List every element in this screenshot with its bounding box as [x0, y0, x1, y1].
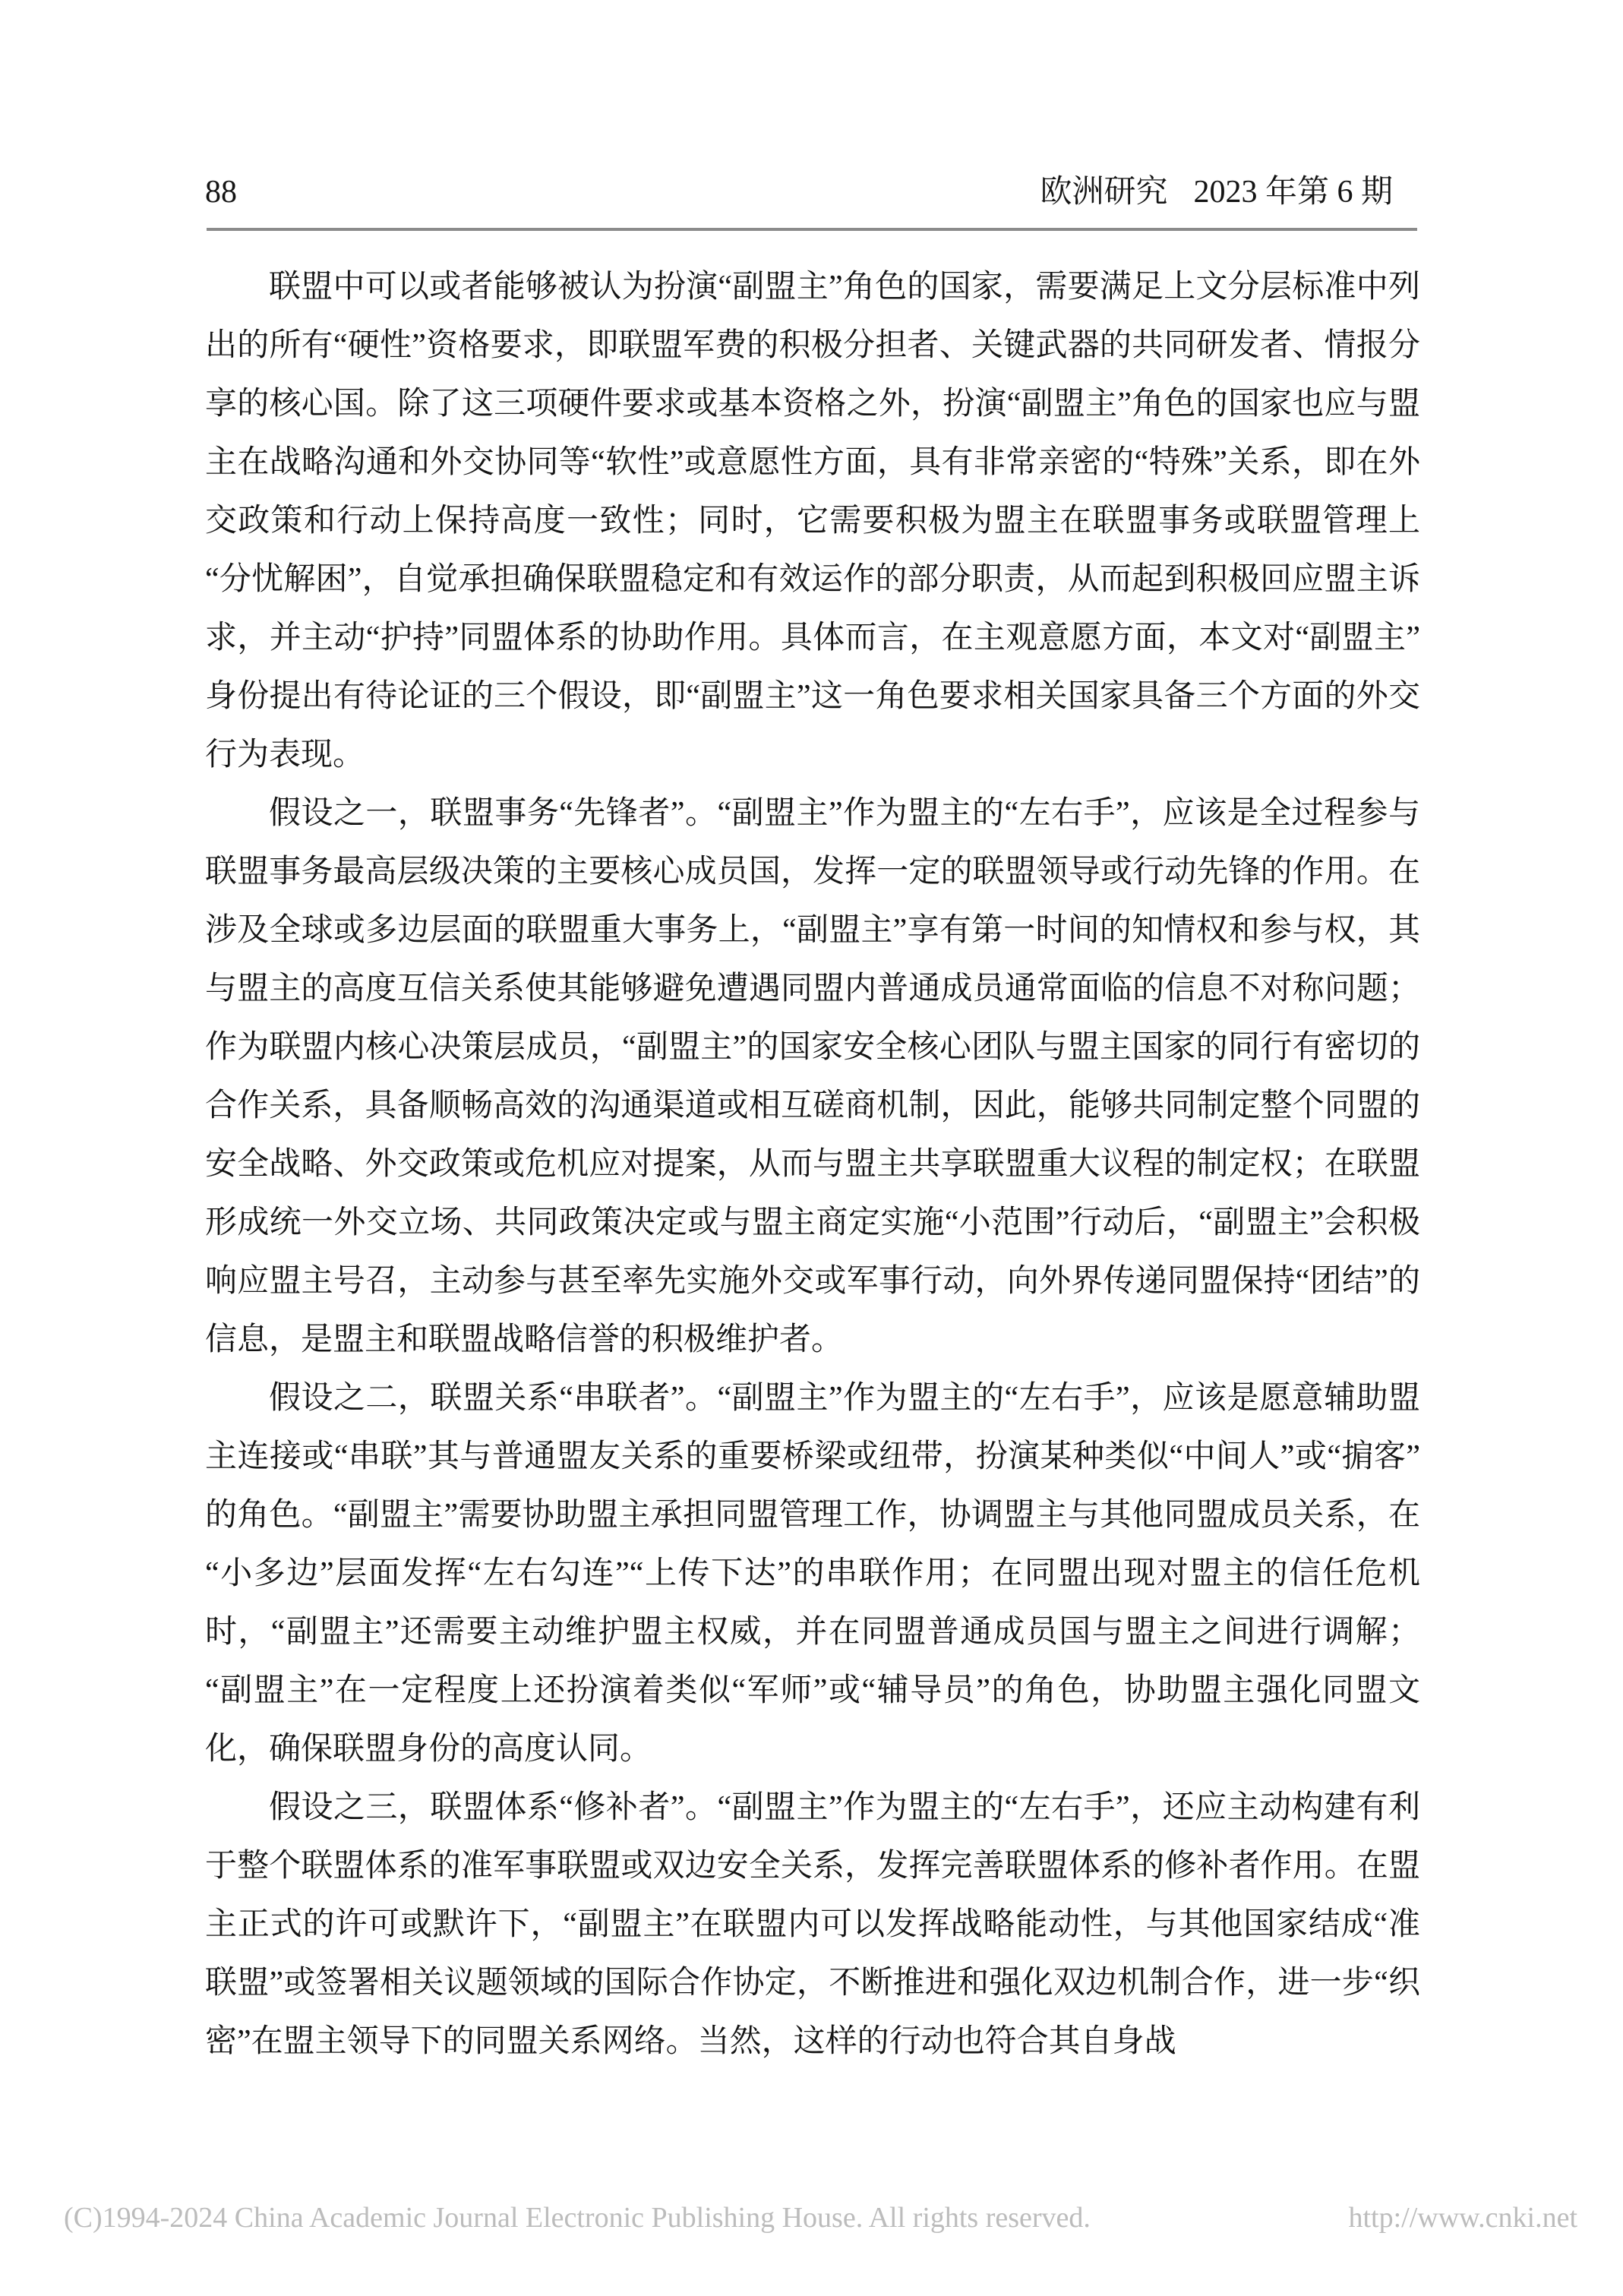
header-divider — [207, 228, 1417, 231]
paragraph: 联盟中可以或者能够被认为扮演“副盟主”角色的国家，需要满足上文分层标准中列出的所… — [205, 258, 1420, 785]
journal-issue: 2023 年第 6 期 — [1193, 173, 1393, 211]
paragraph: 假设之二，联盟关系“串联者”。“副盟主”作为盟主的“左右手”，应该是愿意辅助盟主… — [205, 1369, 1420, 1779]
journal-title: 欧洲研究 — [1040, 173, 1167, 211]
page-footer: (C)1994-2024 China Academic Journal Elec… — [64, 2201, 1577, 2236]
paragraph: 假设之三，联盟体系“修补者”。“副盟主”作为盟主的“左右手”，还应主动构建有利于… — [205, 1779, 1420, 2071]
paragraph: 假设之一，联盟事务“先锋者”。“副盟主”作为盟主的“左右手”，应该是全过程参与联… — [205, 785, 1420, 1369]
journal-page: 88 欧洲研究 2023 年第 6 期 联盟中可以或者能够被认为扮演“副盟主”角… — [0, 0, 1623, 2296]
page-number: 88 — [205, 173, 237, 211]
copyright-watermark: (C)1994-2024 China Academic Journal Elec… — [64, 2201, 1091, 2236]
cnki-url: http://www.cnki.net — [1349, 2201, 1578, 2236]
page-header: 88 欧洲研究 2023 年第 6 期 — [205, 173, 1420, 211]
journal-info: 欧洲研究 2023 年第 6 期 — [1040, 173, 1420, 211]
article-body: 联盟中可以或者能够被认为扮演“副盟主”角色的国家，需要满足上文分层标准中列出的所… — [205, 258, 1420, 2071]
